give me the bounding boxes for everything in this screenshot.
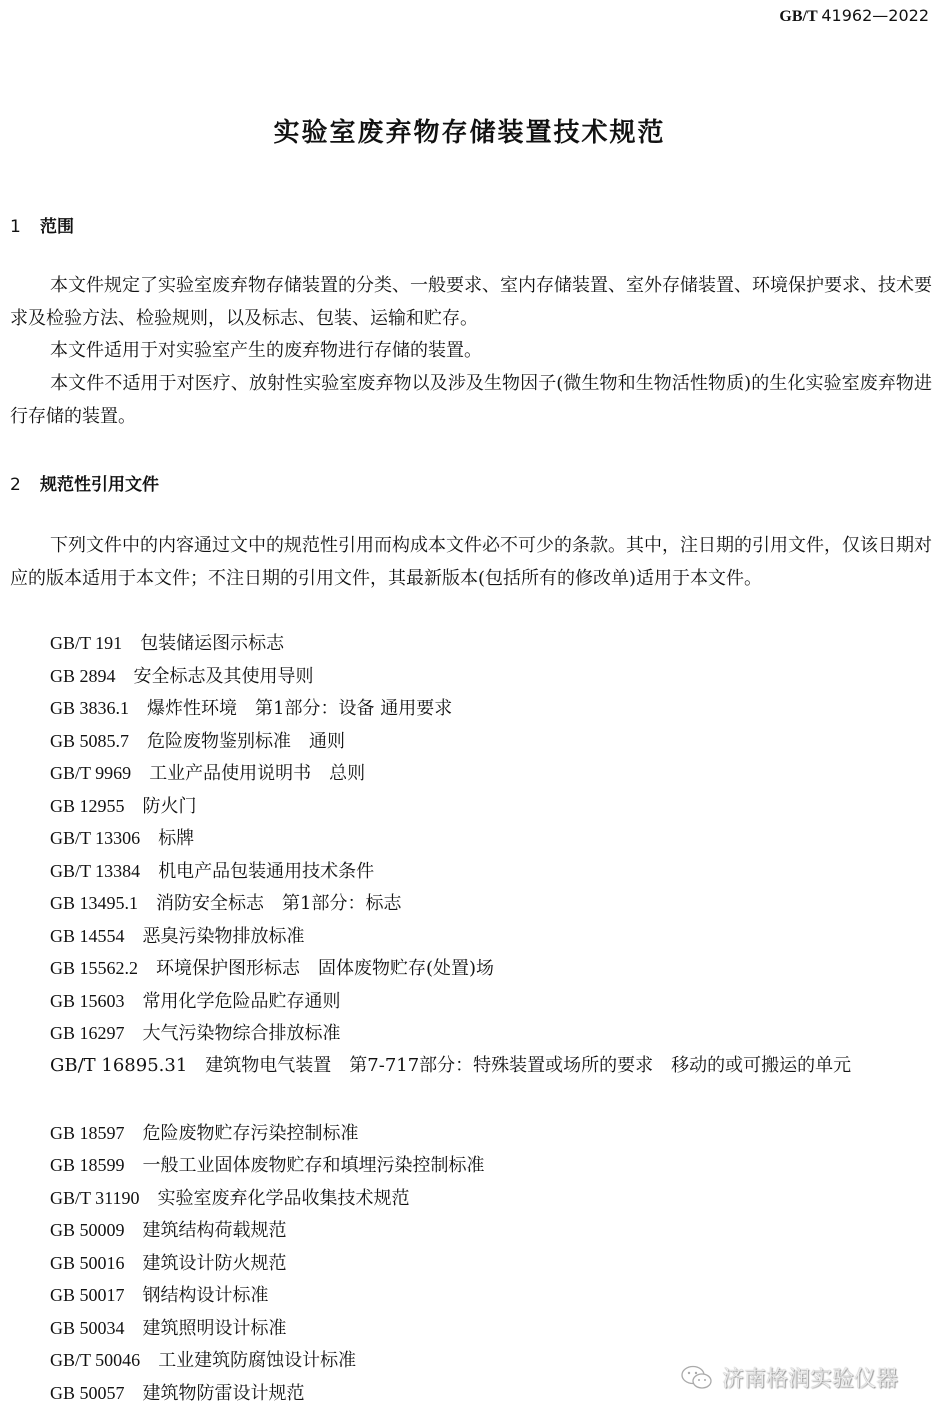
- reference-item: GB 15562.2环境保护图形标志 固体废物贮存(处置)场: [50, 952, 494, 986]
- reference-item: GB/T 50046工业建筑防腐蚀设计标准: [50, 1344, 356, 1378]
- paragraph: 本文件不适用于对医疗、放射性实验室废弃物以及涉及生物因子(微生物和生物活性物质)…: [10, 368, 932, 433]
- reference-item: GB 18599一般工业固体废物贮存和填埋污染控制标准: [50, 1149, 485, 1183]
- paragraph: 下列文件中的内容通过文中的规范性引用而构成本文件必不可少的条款。其中，注日期的引…: [10, 530, 932, 595]
- document-title: 实验室废弃物存储装置技术规范: [0, 112, 939, 149]
- reference-item: GB 50016建筑设计防火规范: [50, 1247, 287, 1281]
- reference-item: GB 5085.7危险废物鉴别标准 通则: [50, 725, 345, 759]
- section-title: 规范性引用文件: [40, 475, 159, 495]
- section-title: 范围: [40, 217, 74, 237]
- standard-number-value: 41962—2022: [821, 6, 929, 25]
- reference-item: GB 12955防火门: [50, 790, 197, 824]
- reference-item: GB 15603常用化学危险品贮存通则: [50, 985, 341, 1019]
- reference-item: GB 2894安全标志及其使用导则: [50, 660, 314, 694]
- reference-item: GB 50034建筑照明设计标准: [50, 1312, 287, 1346]
- section-1-heading: 1范围: [10, 212, 74, 237]
- standard-prefix: GB/T: [779, 8, 817, 25]
- watermark: 济南格润实验仪器: [680, 1362, 898, 1393]
- reference-item: GB 16297大气污染物综合排放标准: [50, 1017, 341, 1051]
- reference-item: GB/T 31190实验室废弃化学品收集技术规范: [50, 1182, 410, 1216]
- reference-item: GB/T 9969工业产品使用说明书 总则: [50, 757, 365, 791]
- wechat-icon: [680, 1365, 714, 1391]
- reference-item: GB/T 16895.31建筑物电气装置 第7-717部分：特殊装置或场所的要求…: [10, 1050, 932, 1083]
- reference-item: GB 13495.1消防安全标志 第1部分：标志: [50, 887, 401, 921]
- reference-item: GB/T 191包装储运图示标志: [50, 627, 284, 661]
- paragraph: 本文件规定了实验室废弃物存储装置的分类、一般要求、室内存储装置、室外存储装置、环…: [10, 270, 932, 335]
- watermark-text: 济南格润实验仪器: [722, 1362, 898, 1393]
- reference-item: GB 18597危险废物贮存污染控制标准: [50, 1117, 359, 1151]
- reference-item: GB 50009建筑结构荷载规范: [50, 1214, 287, 1248]
- section-number: 1: [10, 217, 40, 237]
- reference-item: GB 14554恶臭污染物排放标准: [50, 920, 305, 954]
- paragraph: 本文件适用于对实验室产生的废弃物进行存储的装置。: [10, 335, 932, 368]
- standard-number: GB/T 41962—2022: [779, 6, 929, 26]
- reference-item: GB/T 13306标牌: [50, 822, 194, 856]
- reference-item: GB/T 13384机电产品包装通用技术条件: [50, 855, 374, 889]
- reference-item: GB 50057建筑物防雷设计规范: [50, 1377, 305, 1411]
- section-2-heading: 2规范性引用文件: [10, 470, 159, 495]
- reference-item: GB 50017钢结构设计标准: [50, 1279, 269, 1313]
- reference-item: GB 3836.1爆炸性环境 第1部分：设备 通用要求: [50, 692, 452, 726]
- section-number: 2: [10, 475, 40, 495]
